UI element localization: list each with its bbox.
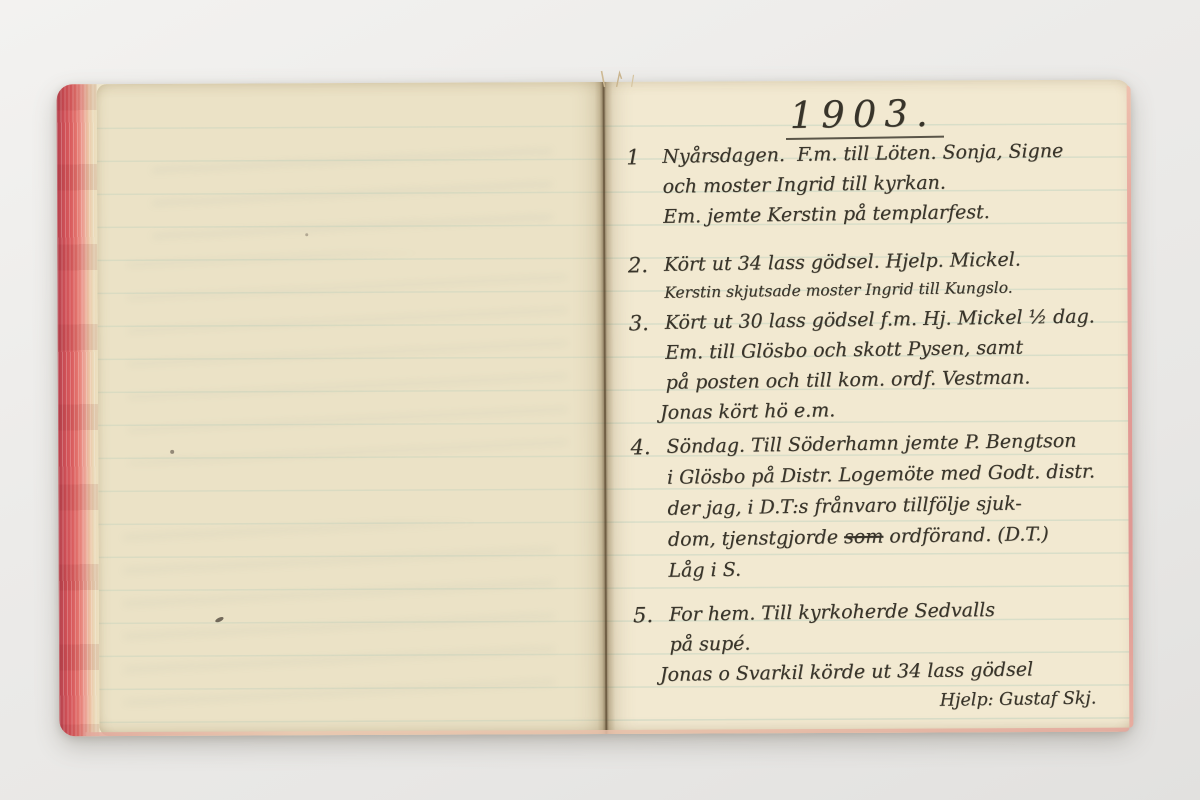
entry-line: Låg i S. (668, 549, 1120, 587)
year-heading: 1903. (601, 89, 1128, 140)
page-stain (305, 233, 308, 236)
diary-photograph: 1903. 1 Nyårsdagen. F.m. till Löten. Son… (0, 0, 1200, 800)
page-stain (214, 616, 224, 623)
entry-number: 4. (630, 432, 668, 588)
line-segment: ordförand. (D.T.) (883, 523, 1049, 547)
entry-line: Em. jemte Kerstin på templarfest. (663, 195, 1115, 232)
bleed-through-smudge (127, 252, 568, 464)
entry-line: Kerstin skjutsade moster Ingrid till Kun… (664, 273, 1116, 306)
diary-book: 1903. 1 Nyårsdagen. F.m. till Löten. Son… (57, 80, 1134, 737)
entry-number: 1 (626, 142, 663, 233)
entry-text: Kört ut 34 lass gödsel. Hjelp. Mickel. K… (664, 243, 1117, 306)
binding-threads (577, 68, 647, 88)
diary-entry-3: 3. Kört ut 30 lass gödsel f.m. Hj. Micke… (629, 301, 1119, 428)
line-segment: dom, tjenstgjorde (668, 526, 844, 551)
entry-text: Nyårsdagen. F.m. till Löten. Sonja, Sign… (662, 135, 1115, 232)
diary-entry-1: 1 Nyårsdagen. F.m. till Löten. Sonja, Si… (626, 135, 1115, 232)
diary-entry-2: 2. Kört ut 34 lass gödsel. Hjelp. Mickel… (628, 243, 1117, 306)
page-stain (170, 450, 174, 454)
bleed-through-smudge (152, 137, 552, 239)
entry-text: Söndag. Till Söderhamn jemte P. Bengtson… (666, 425, 1120, 587)
struck-word: som (844, 526, 884, 549)
entry-text: Kört ut 30 lass gödsel f.m. Hj. Mickel ½… (665, 301, 1119, 428)
manuscript-text-block: 1903. 1 Nyårsdagen. F.m. till Löten. Son… (601, 77, 1137, 737)
diary-entry-5: 5. For hem. Till kyrkoherde Sedvalls på … (633, 593, 1123, 720)
entry-line: Jonas kört hö e.m. (660, 391, 1118, 428)
right-written-page: 1903. 1 Nyårsdagen. F.m. till Löten. Son… (605, 80, 1134, 734)
year-heading-text: 1903. (785, 92, 944, 140)
entry-text: For hem. Till kyrkoherde Sedvalls på sup… (669, 593, 1123, 720)
diary-entry-4: 4. Söndag. Till Söderhamn jemte P. Bengt… (630, 425, 1120, 587)
bleed-through-smudge (124, 522, 555, 704)
entry-number: 2. (628, 250, 665, 307)
binding-gutter (595, 82, 616, 734)
left-blank-page (97, 82, 608, 736)
red-dyed-page-edge (57, 84, 100, 736)
